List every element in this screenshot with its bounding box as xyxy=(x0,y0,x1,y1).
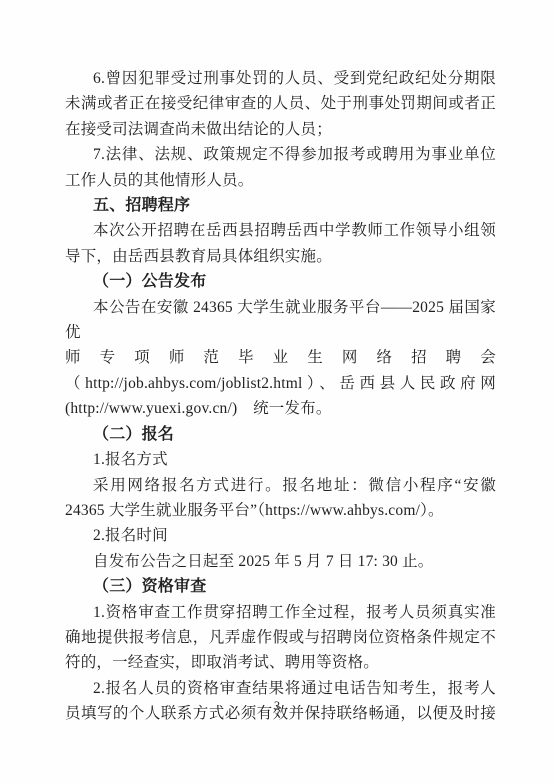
body-line: 2.报名人员的资格审查结果将通过电话告知考生，报考人 xyxy=(65,676,496,701)
body-line: 确地提供报考信息，凡弄虚作假或与招聘岗位资格条件规定不 xyxy=(65,625,496,650)
body-line: 本公告在安徽 24365 大学生就业服务平台——2025 届国家优 xyxy=(65,295,496,346)
body-line: 2.报名时间 xyxy=(65,523,496,548)
body-line: 采用网络报名方式进行。报名地址：微信小程序“安徽 xyxy=(65,473,496,498)
document-body: 6.曾因犯罪受过刑事处罚的人员、受到党纪政纪处分期限未满或者正在接受纪律审查的人… xyxy=(65,66,496,727)
subsection-heading: （二）报名 xyxy=(65,422,496,447)
section-heading: 五、招聘程序 xyxy=(65,193,496,218)
body-line: 自发布公告之日起至 2025 年 5 月 7 日 17: 30 止。 xyxy=(65,549,496,574)
body-line: 工作人员的其他情形人员。 xyxy=(65,168,496,193)
body-line: 7.法律、法规、政策规定不得参加报考或聘用为事业单位 xyxy=(65,142,496,167)
body-line: 1.报名方式 xyxy=(65,447,496,472)
body-line: 在接受司法调查尚未做出结论的人员； xyxy=(65,117,496,142)
body-line: （http://job.ahbys.com/joblist2.html）、岳西县… xyxy=(65,371,496,396)
document-page: 6.曾因犯罪受过刑事处罚的人员、受到党纪政纪处分期限未满或者正在接受纪律审查的人… xyxy=(0,0,554,784)
body-line: 6.曾因犯罪受过刑事处罚的人员、受到党纪政纪处分期限 xyxy=(65,66,496,91)
body-line: 符的，一经查实，即取消考试、聘用等资格。 xyxy=(65,650,496,675)
body-line: 本次公开招聘在岳西县招聘岳西中学教师工作领导小组领 xyxy=(65,218,496,243)
subsection-heading: （一）公告发布 xyxy=(65,269,496,294)
body-line: 导下，由岳西县教育局具体组织实施。 xyxy=(65,244,496,269)
body-line: 师 专 项 师 范 毕 业 生 网 络 招 聘 会 xyxy=(65,345,496,370)
body-line: 24365 大学生就业服务平台”（https://www.ahbys.com/）… xyxy=(65,498,496,523)
subsection-heading: （三）资格审查 xyxy=(65,574,496,599)
body-line: 未满或者正在接受纪律审查的人员、处于刑事处罚期间或者正 xyxy=(65,91,496,116)
body-line: 1.资格审查工作贯穿招聘工作全过程，报考人员须真实准 xyxy=(65,600,496,625)
body-line: (http://www.yuexi.gov.cn/) 统一发布。 xyxy=(65,396,496,421)
page-number: 3 xyxy=(0,699,554,714)
